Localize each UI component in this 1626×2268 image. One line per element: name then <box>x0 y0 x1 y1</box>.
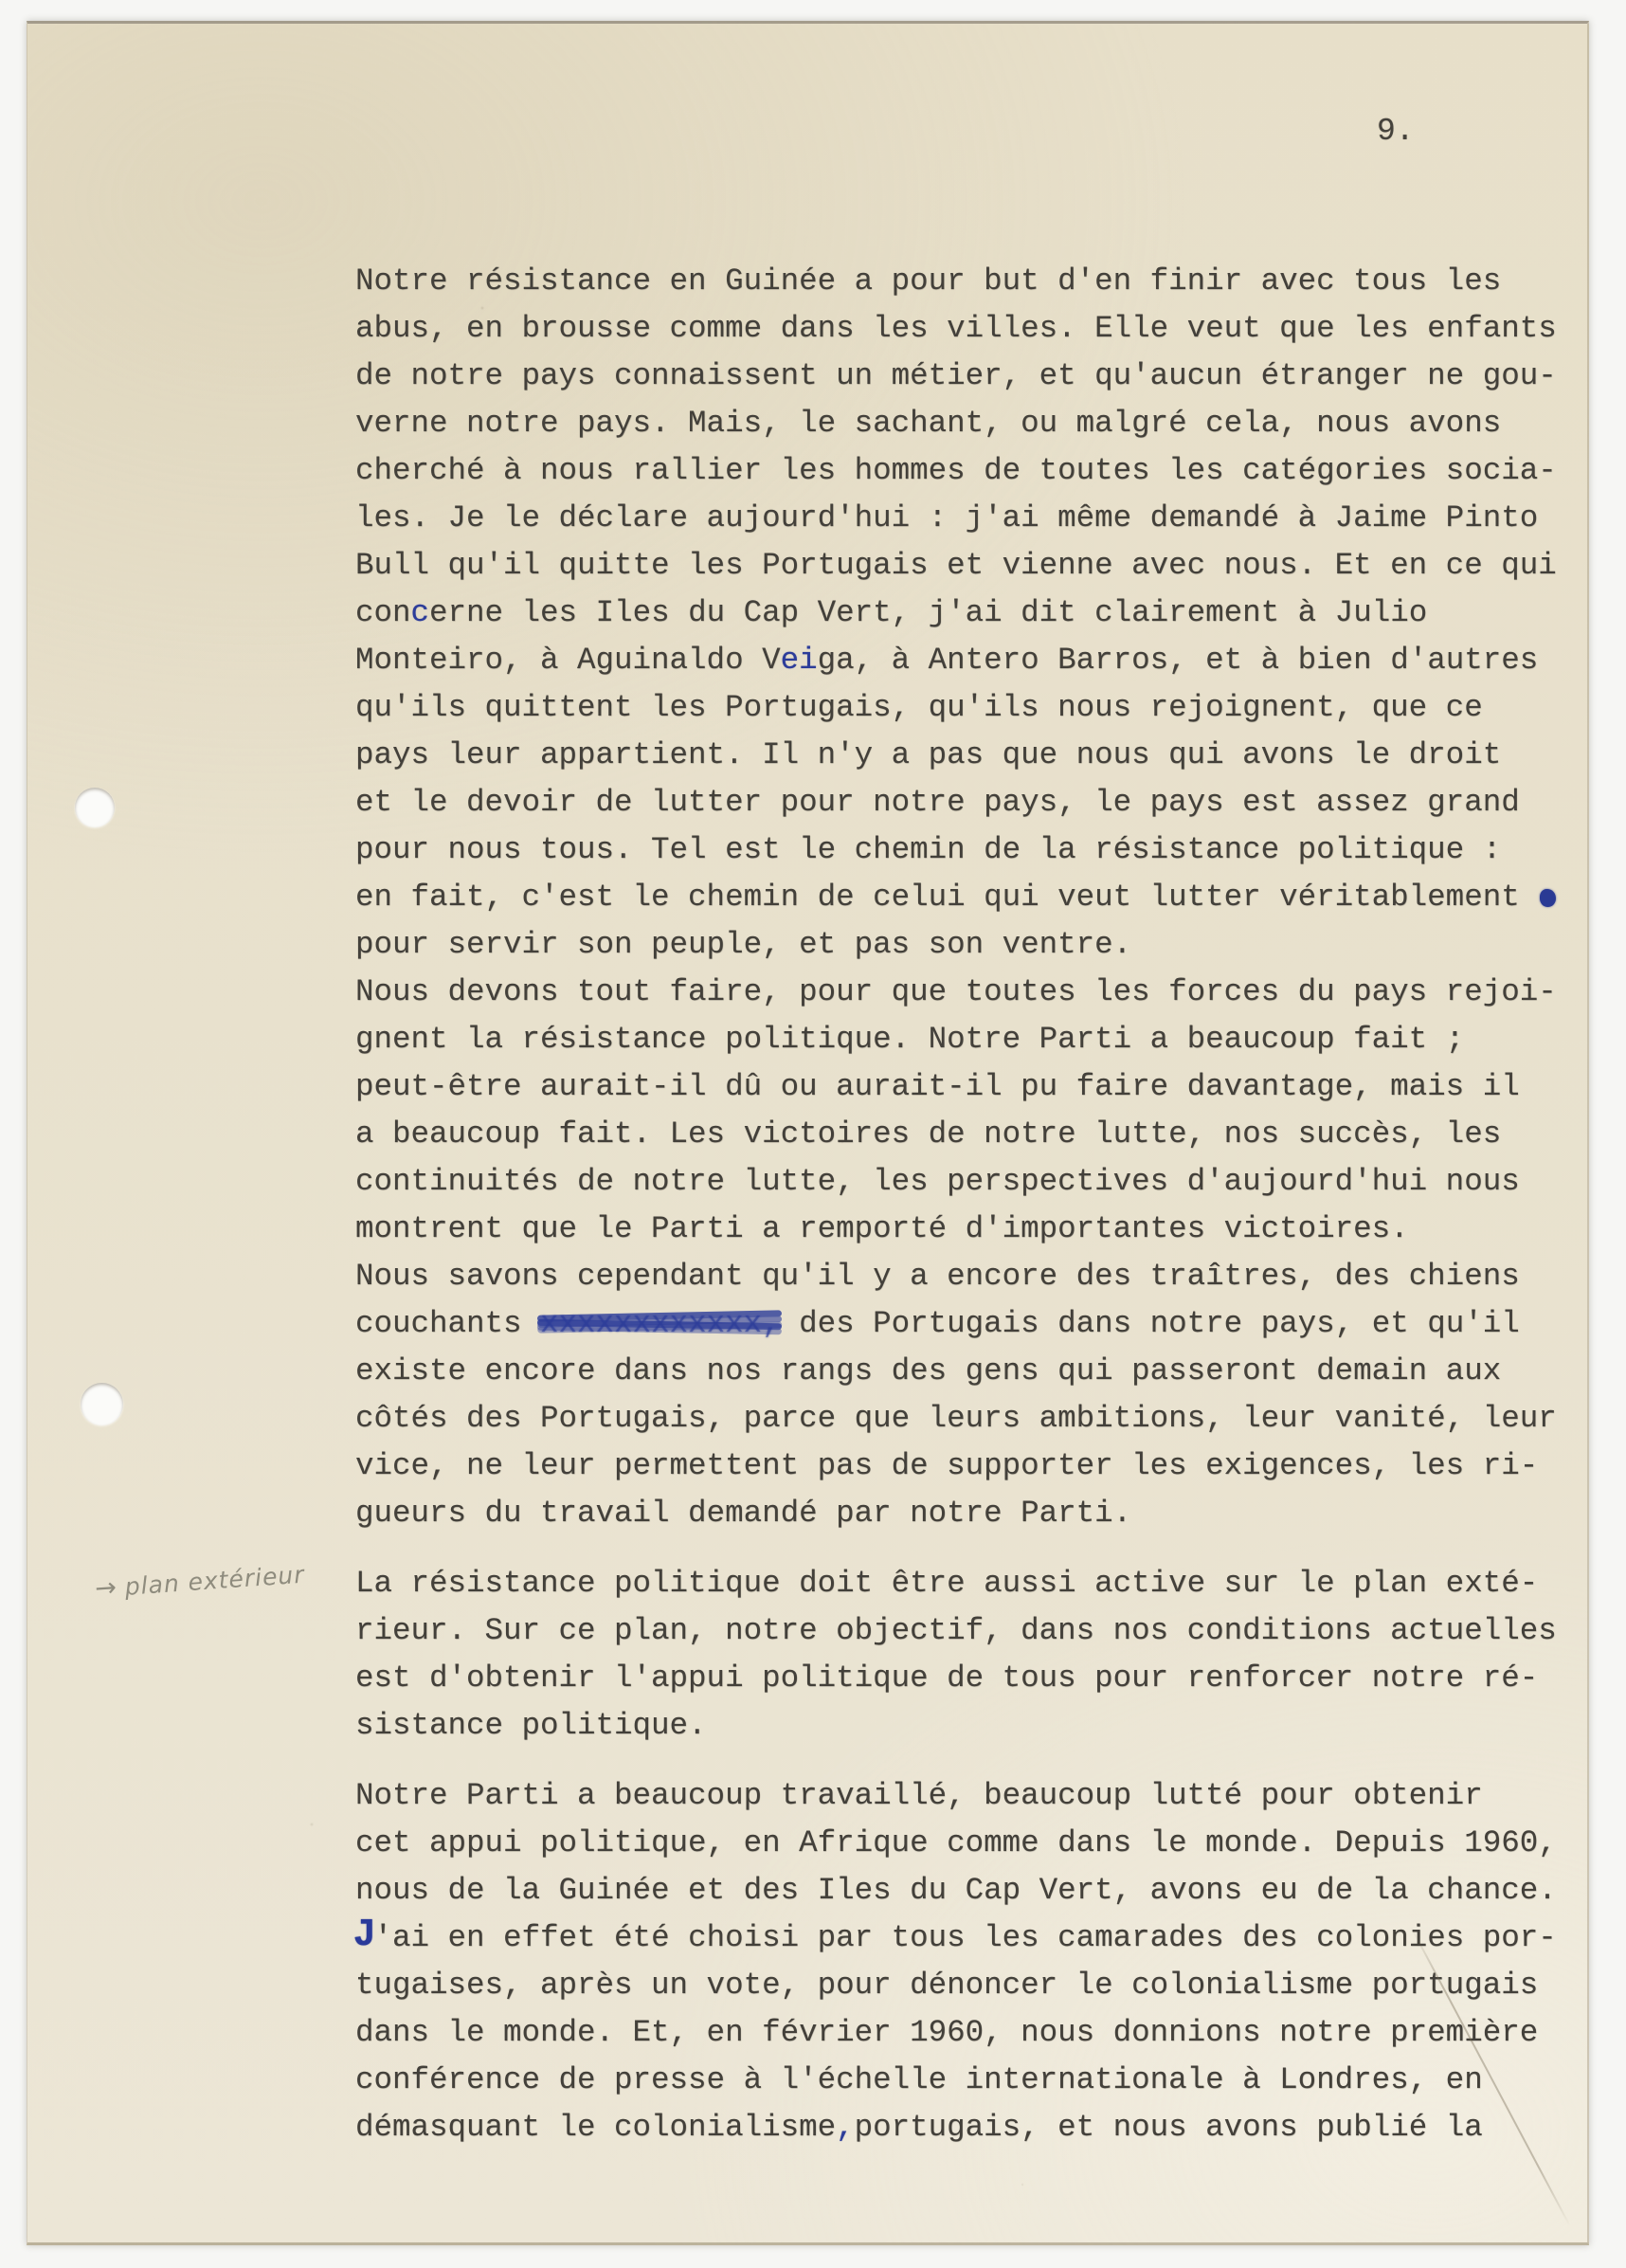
typewritten-text: vice, ne leur permettent pas de supporte… <box>355 1448 1538 1483</box>
typewritten-line: tugaises, après un vote, pour dénoncer l… <box>355 1962 1568 2009</box>
typewritten-text: montrent que le Parti a remporté d'impor… <box>355 1211 1409 1246</box>
typewritten-text: Monteiro, à Aguinaldo V <box>355 643 781 678</box>
typewritten-line: gueurs du travail demandé par notre Part… <box>355 1490 1568 1537</box>
typewritten-line: les. Je le déclare aujourd'hui : j'ai mê… <box>355 495 1568 542</box>
typewritten-text: La résistance politique doit être aussi … <box>355 1566 1538 1601</box>
typewritten-line: en fait, c'est le chemin de celui qui ve… <box>355 874 1568 921</box>
typewritten-line: dans le monde. Et, en février 1960, nous… <box>355 2009 1568 2057</box>
arrow-icon: → <box>94 1573 117 1605</box>
typewritten-text: gueurs du travail demandé par notre Part… <box>355 1496 1131 1531</box>
typewritten-line: couchants xxxxxxxxxxxx, des Portugais da… <box>355 1300 1568 1348</box>
typewritten-line: démasquant le colonialisme,portugais, et… <box>355 2104 1568 2151</box>
typewritten-line: rieur. Sur ce plan, notre objectif, dans… <box>355 1607 1568 1655</box>
typewritten-text: rieur. Sur ce plan, notre objectif, dans… <box>355 1613 1557 1648</box>
typewritten-text: 'ai en effet été choisi par tous les cam… <box>374 1920 1557 1955</box>
typewritten-text: con <box>355 595 411 630</box>
typewritten-text: couchants <box>355 1306 540 1341</box>
typewritten-text: ga, à Antero Barros, et à bien d'autres <box>818 643 1539 678</box>
text-block: Notre résistance en Guinée a pour but d'… <box>355 258 1568 2151</box>
page-number: 9. <box>1377 114 1415 149</box>
typewritten-text: portugais, et nous avons publié la <box>855 2110 1483 2145</box>
typewritten-line: pour servir son peuple, et pas son ventr… <box>355 921 1568 969</box>
typewritten-line: concerne les Iles du Cap Vert, j'ai dit … <box>355 590 1568 637</box>
typewritten-text: pour nous tous. Tel est le chemin de la … <box>355 832 1501 867</box>
typewritten-line: côtés des Portugais, parce que leurs amb… <box>355 1395 1568 1442</box>
typewritten-text: les. Je le déclare aujourd'hui : j'ai mê… <box>355 500 1538 535</box>
typewritten-text: erne les Iles du Cap Vert, j'ai dit clai… <box>429 595 1427 630</box>
paragraph-block: Notre Parti a beaucoup travaillé, beauco… <box>355 1772 1568 2151</box>
typewritten-line: conférence de presse à l'échelle interna… <box>355 2057 1568 2104</box>
typewritten-text: tugaises, après un vote, pour dénoncer l… <box>355 1968 1538 2003</box>
typewritten-text: verne notre pays. Mais, le sachant, ou m… <box>355 406 1501 441</box>
typewritten-line: J'ai en effet été choisi par tous les ca… <box>355 1914 1568 1962</box>
typewritten-text: nous de la Guinée et des Iles du Cap Ver… <box>355 1873 1557 1908</box>
typewritten-line: Nous devons tout faire, pour que toutes … <box>355 969 1568 1016</box>
typewritten-line: Notre résistance en Guinée a pour but d'… <box>355 258 1568 305</box>
typewritten-text: et le devoir de lutter pour notre pays, … <box>355 785 1520 820</box>
typewritten-line: gnent la résistance politique. Notre Par… <box>355 1016 1568 1063</box>
typewritten-line: qu'ils quittent les Portugais, qu'ils no… <box>355 684 1568 732</box>
typewritten-text: démasquant le colonialisme <box>355 2110 836 2145</box>
typewritten-text: a beaucoup fait. Les victoires de notre … <box>355 1116 1501 1152</box>
ink-scribble-strikethrough: xxxxxxxxxxxx, <box>540 1306 781 1341</box>
typewritten-line: sistance politique. <box>355 1702 1568 1750</box>
typewritten-text: conférence de presse à l'échelle interna… <box>355 2062 1483 2097</box>
typewritten-line: est d'obtenir l'appui politique de tous … <box>355 1655 1568 1702</box>
typewritten-text: des Portugais dans notre pays, et qu'il <box>781 1306 1520 1341</box>
typewritten-text: abus, en brousse comme dans les villes. … <box>355 311 1557 346</box>
typewritten-text: pour servir son peuple, et pas son ventr… <box>355 927 1131 962</box>
typewritten-text: Notre résistance en Guinée a pour but d'… <box>355 263 1501 299</box>
typewritten-text: continuités de notre lutte, les perspect… <box>355 1164 1520 1199</box>
typewritten-text: Notre Parti a beaucoup travaillé, beauco… <box>355 1778 1483 1813</box>
typewritten-line: cherché à nous rallier les hommes de tou… <box>355 447 1568 495</box>
typewritten-text: cherché à nous rallier les hommes de tou… <box>355 453 1557 488</box>
typewritten-text: est d'obtenir l'appui politique de tous … <box>355 1660 1538 1696</box>
typewritten-line: vice, ne leur permettent pas de supporte… <box>355 1442 1568 1490</box>
typewritten-line: continuités de notre lutte, les perspect… <box>355 1158 1568 1206</box>
blue-ink-correction: ei <box>781 643 818 678</box>
typewritten-line: nous de la Guinée et des Iles du Cap Ver… <box>355 1867 1568 1914</box>
typewritten-line: Bull qu'il quitte les Portugais et vienn… <box>355 542 1568 590</box>
typewritten-line: abus, en brousse comme dans les villes. … <box>355 305 1568 353</box>
typewritten-line: Notre Parti a beaucoup travaillé, beauco… <box>355 1772 1568 1820</box>
typewritten-line: montrent que le Parti a remporté d'impor… <box>355 1206 1568 1253</box>
typewritten-text: peut-être aurait-il dû ou aurait-il pu f… <box>355 1069 1520 1104</box>
typewritten-line: de notre pays connaissent un métier, et … <box>355 353 1568 400</box>
typewritten-line: cet appui politique, en Afrique comme da… <box>355 1820 1568 1867</box>
typewritten-text: pays leur appartient. Il n'y a pas que n… <box>355 737 1501 772</box>
typewritten-line: existe encore dans nos rangs des gens qu… <box>355 1348 1568 1395</box>
typewritten-line: a beaucoup fait. Les victoires de notre … <box>355 1111 1568 1158</box>
typewritten-line: La résistance politique doit être aussi … <box>355 1560 1568 1607</box>
typewritten-text: dans le monde. Et, en février 1960, nous… <box>355 2015 1538 2050</box>
typewritten-line: peut-être aurait-il dû ou aurait-il pu f… <box>355 1063 1568 1111</box>
typewritten-line: verne notre pays. Mais, le sachant, ou m… <box>355 400 1568 447</box>
typewritten-line: Monteiro, à Aguinaldo Veiga, à Antero Ba… <box>355 637 1568 684</box>
blue-ink-correction: c <box>411 595 430 630</box>
typewritten-text: côtés des Portugais, parce que leurs amb… <box>355 1401 1557 1436</box>
paragraph-block: Notre résistance en Guinée a pour but d'… <box>355 258 1568 1537</box>
typewritten-text: Nous savons cependant qu'il y a encore d… <box>355 1259 1520 1294</box>
typewritten-line: Nous savons cependant qu'il y a encore d… <box>355 1253 1568 1300</box>
hole-punch-top <box>75 788 115 827</box>
typewritten-line: pays leur appartient. Il n'y a pas que n… <box>355 732 1568 779</box>
paragraph-block: La résistance politique doit être aussi … <box>355 1560 1568 1750</box>
typewritten-line: pour nous tous. Tel est le chemin de la … <box>355 826 1568 874</box>
typewritten-text: existe encore dans nos rangs des gens qu… <box>355 1353 1501 1388</box>
typewritten-text: Nous devons tout faire, pour que toutes … <box>355 974 1557 1009</box>
typewritten-text: gnent la résistance politique. Notre Par… <box>355 1022 1464 1057</box>
ink-blot <box>1540 889 1556 907</box>
typewritten-text: en fait, c'est le chemin de celui qui ve… <box>355 880 1538 915</box>
handwritten-j-correction: J <box>353 1906 376 1966</box>
typewritten-text: sistance politique. <box>355 1708 707 1743</box>
typewritten-text: qu'ils quittent les Portugais, qu'ils no… <box>355 690 1483 725</box>
typewritten-text: de notre pays connaissent un métier, et … <box>355 358 1557 393</box>
hole-punch-bottom <box>81 1383 123 1425</box>
typewritten-text: cet appui politique, en Afrique comme da… <box>355 1825 1557 1860</box>
typewritten-text: Bull qu'il quitte les Portugais et vienn… <box>355 548 1557 583</box>
typewritten-line: et le devoir de lutter pour notre pays, … <box>355 779 1568 826</box>
blue-ink-correction: , <box>836 2110 855 2145</box>
